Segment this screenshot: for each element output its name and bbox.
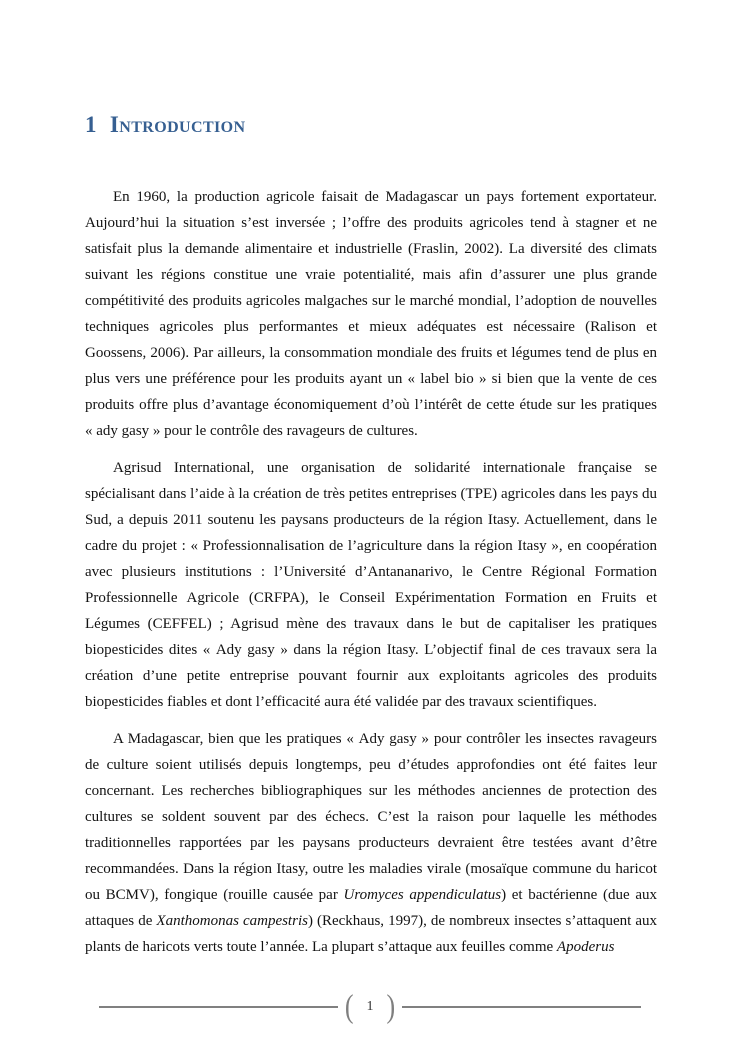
page-number: 1 [367, 992, 374, 1022]
footer-rule-right [402, 1006, 641, 1008]
section-number: 1 [85, 112, 97, 138]
footer-rule-left [99, 1006, 338, 1008]
page-number-bracket-left-icon: ( [345, 988, 354, 1026]
species-name-italic: Xanthomonas campestris [156, 913, 308, 929]
page-number-bracket-right-icon: ) [387, 988, 396, 1026]
text-run: A Madagascar, bien que les pratiques « A… [85, 731, 657, 903]
section-heading: 1Introduction [85, 112, 657, 138]
page-content: 1Introduction En 1960, la production agr… [85, 112, 657, 960]
species-name-italic: Uromyces appendiculatus [344, 887, 502, 903]
paragraph-agrisud: Agrisud International, une organisation … [85, 455, 657, 715]
section-title: Introduction [110, 112, 246, 137]
page-footer: ( 1 ) [99, 992, 641, 1022]
paragraph-madagascar-practices: A Madagascar, bien que les pratiques « A… [85, 726, 657, 960]
species-name-italic: Apoderus [557, 939, 615, 955]
document-page: 1Introduction En 1960, la production agr… [0, 0, 745, 1053]
paragraph-intro-context: En 1960, la production agricole faisait … [85, 184, 657, 444]
